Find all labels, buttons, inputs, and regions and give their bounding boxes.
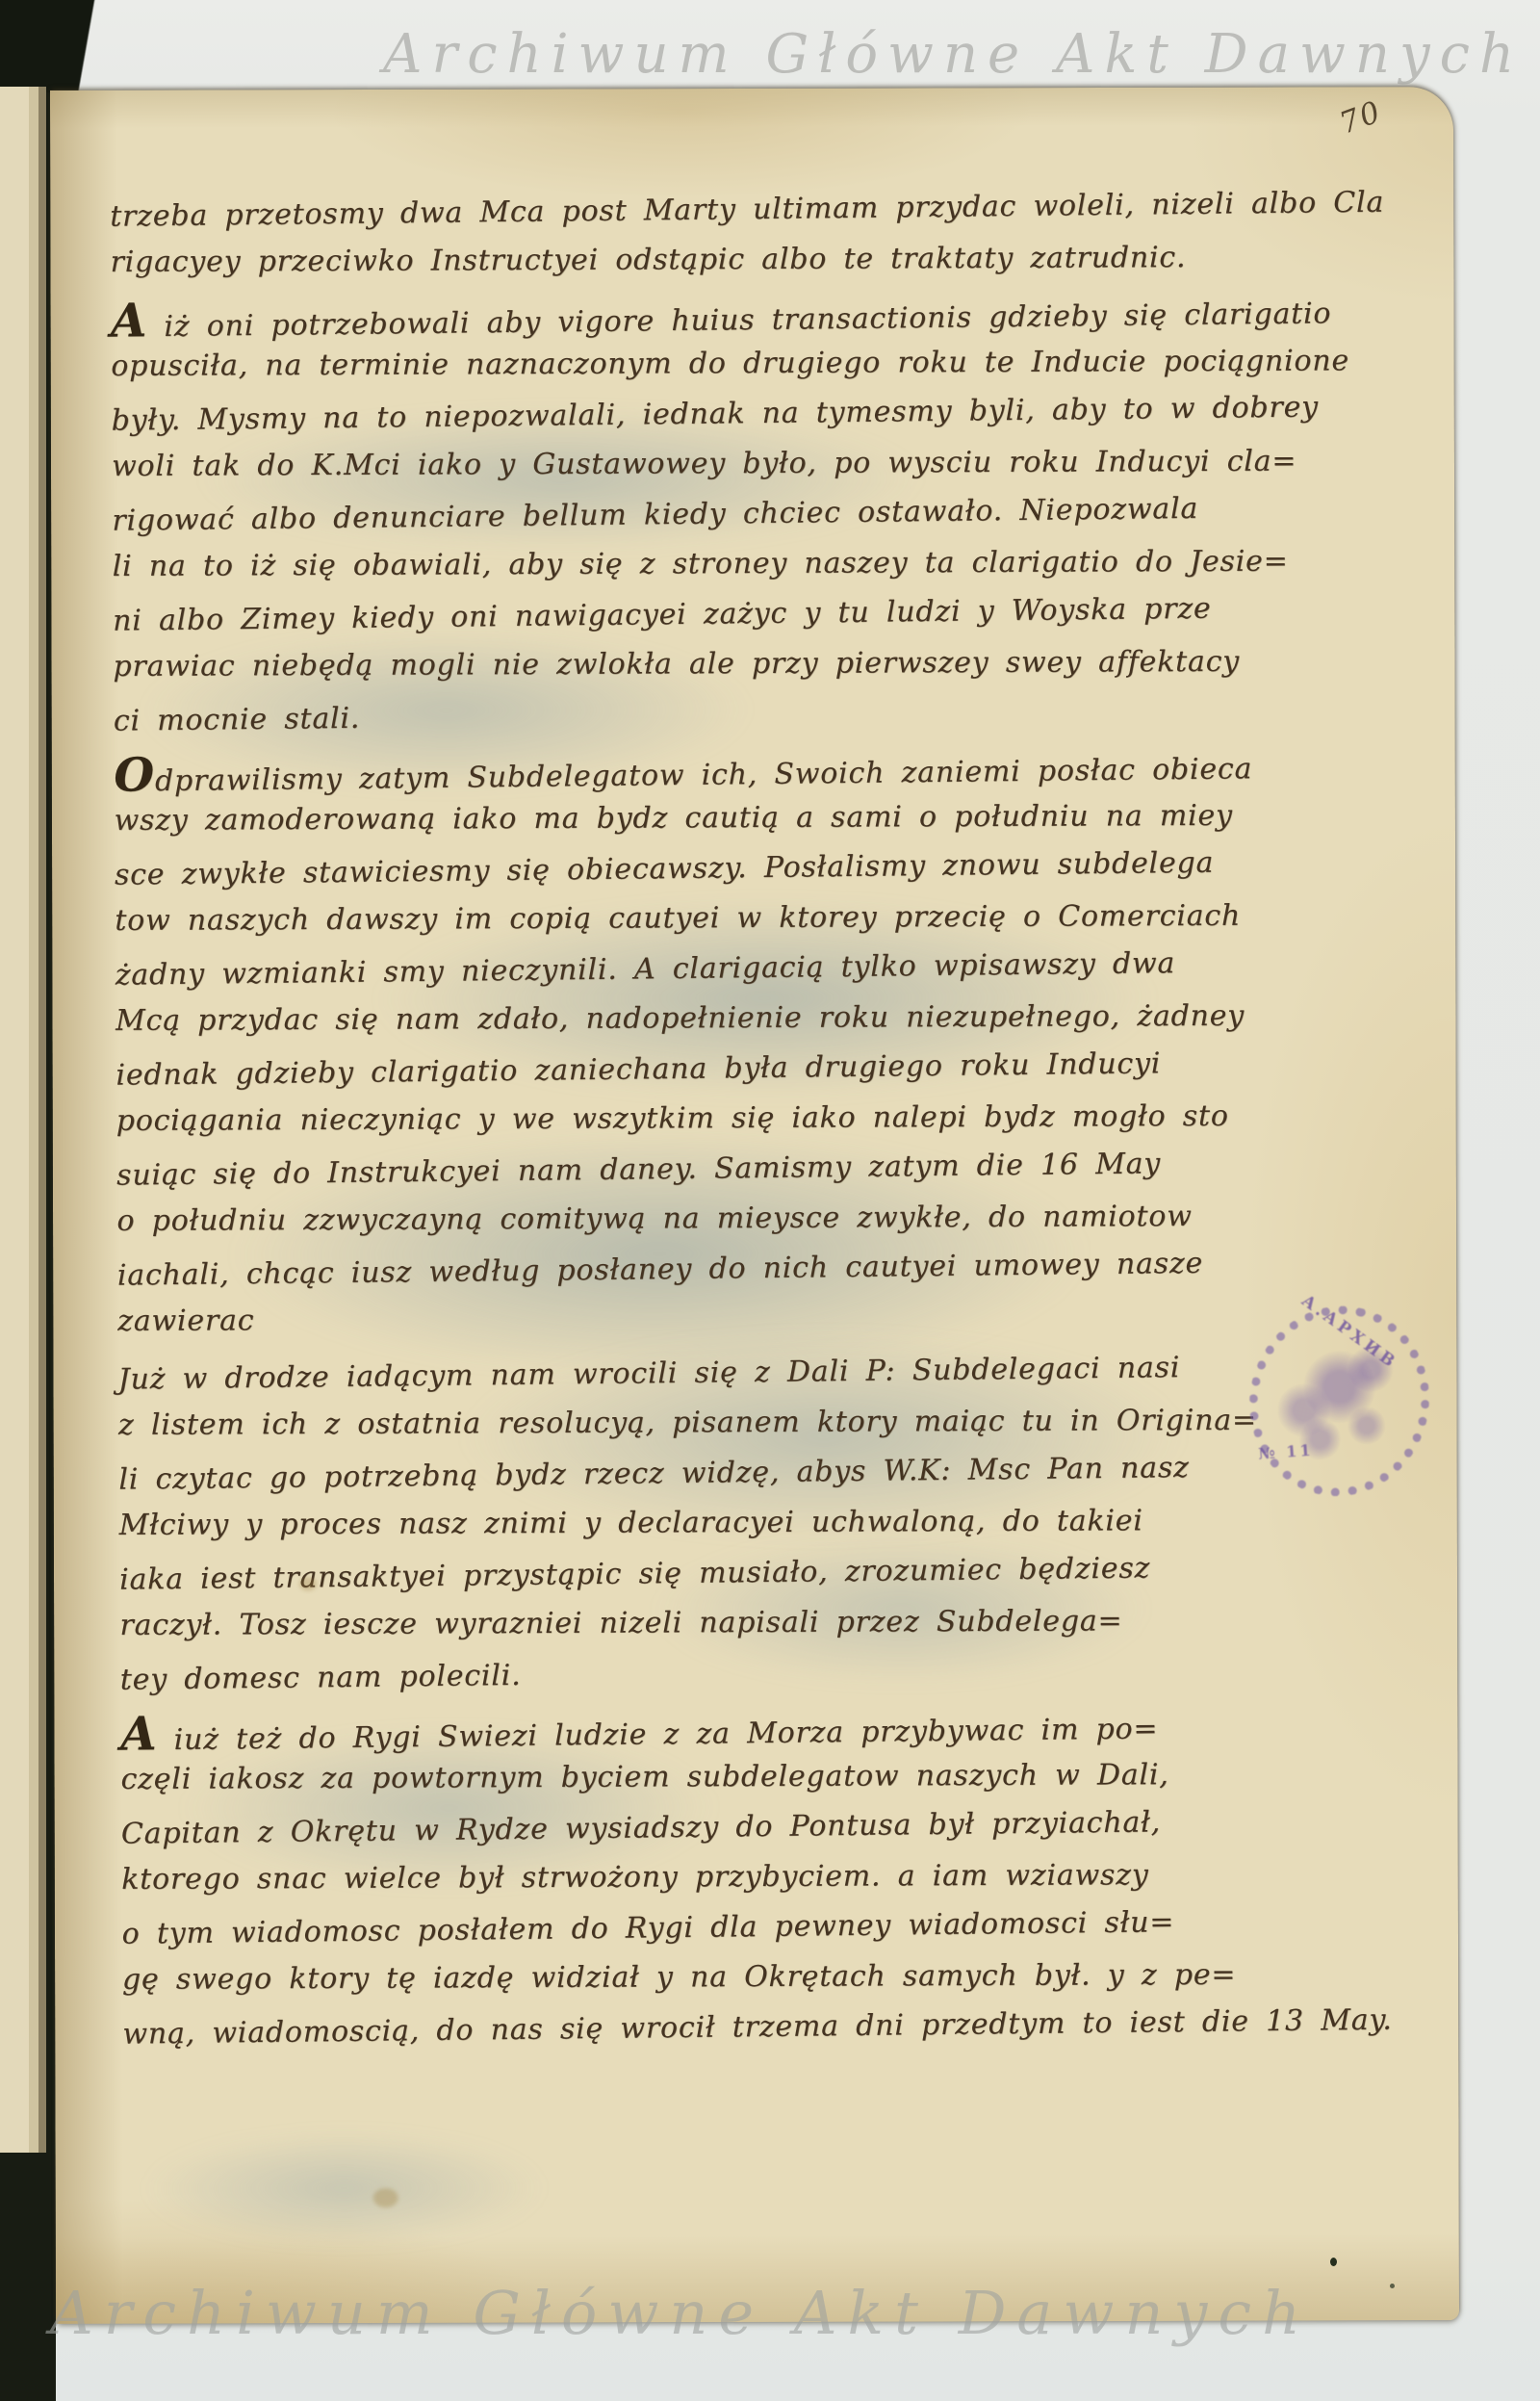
paragraph: A iż oni potrzebowali aby vigore huius t…	[111, 284, 1413, 743]
manuscript-line: ci mocnie stali.	[114, 682, 1414, 746]
manuscript-line: tey domesc nam polecili.	[120, 1640, 1421, 1705]
ink-speck	[1330, 2258, 1337, 2266]
paragraph: trzeba przetosmy dwa Mca post Marty ulti…	[110, 180, 1410, 289]
paper-stain	[373, 2188, 398, 2207]
manuscript-line: wną, wiadomoscią, do nas się wrocił trze…	[122, 1995, 1423, 2059]
paragraph: Odprawilismy zatym Subdelegatow ich, Swo…	[114, 738, 1417, 1348]
manuscript-line: rigacyey przeciwko Instructyei odstąpic …	[110, 232, 1409, 288]
underlying-page-edge	[0, 87, 46, 2153]
archive-stamp-number: № 11	[1258, 1441, 1314, 1463]
page-number: 70	[1335, 94, 1386, 142]
book-spine-shadow	[0, 0, 154, 92]
ink-bleed-through	[142, 2130, 547, 2247]
watermark-top: Archiwum Główne Akt Dawnych	[383, 23, 1524, 86]
paragraph: A iuż też do Rygi Swiezi ludzie z za Mor…	[120, 1697, 1423, 2056]
manuscript-page: 70 trzeba przetosmy dwa Mca post Marty u…	[50, 87, 1459, 2324]
paper-stain	[299, 1577, 317, 1590]
ink-speck	[1390, 2284, 1395, 2288]
manuscript-text: trzeba przetosmy dwa Mca post Marty ulti…	[110, 180, 1423, 2056]
paragraph: Już w drodze iadącym nam wrocili się z D…	[117, 1343, 1420, 1702]
manuscript-line: zawierac	[117, 1291, 1417, 1347]
